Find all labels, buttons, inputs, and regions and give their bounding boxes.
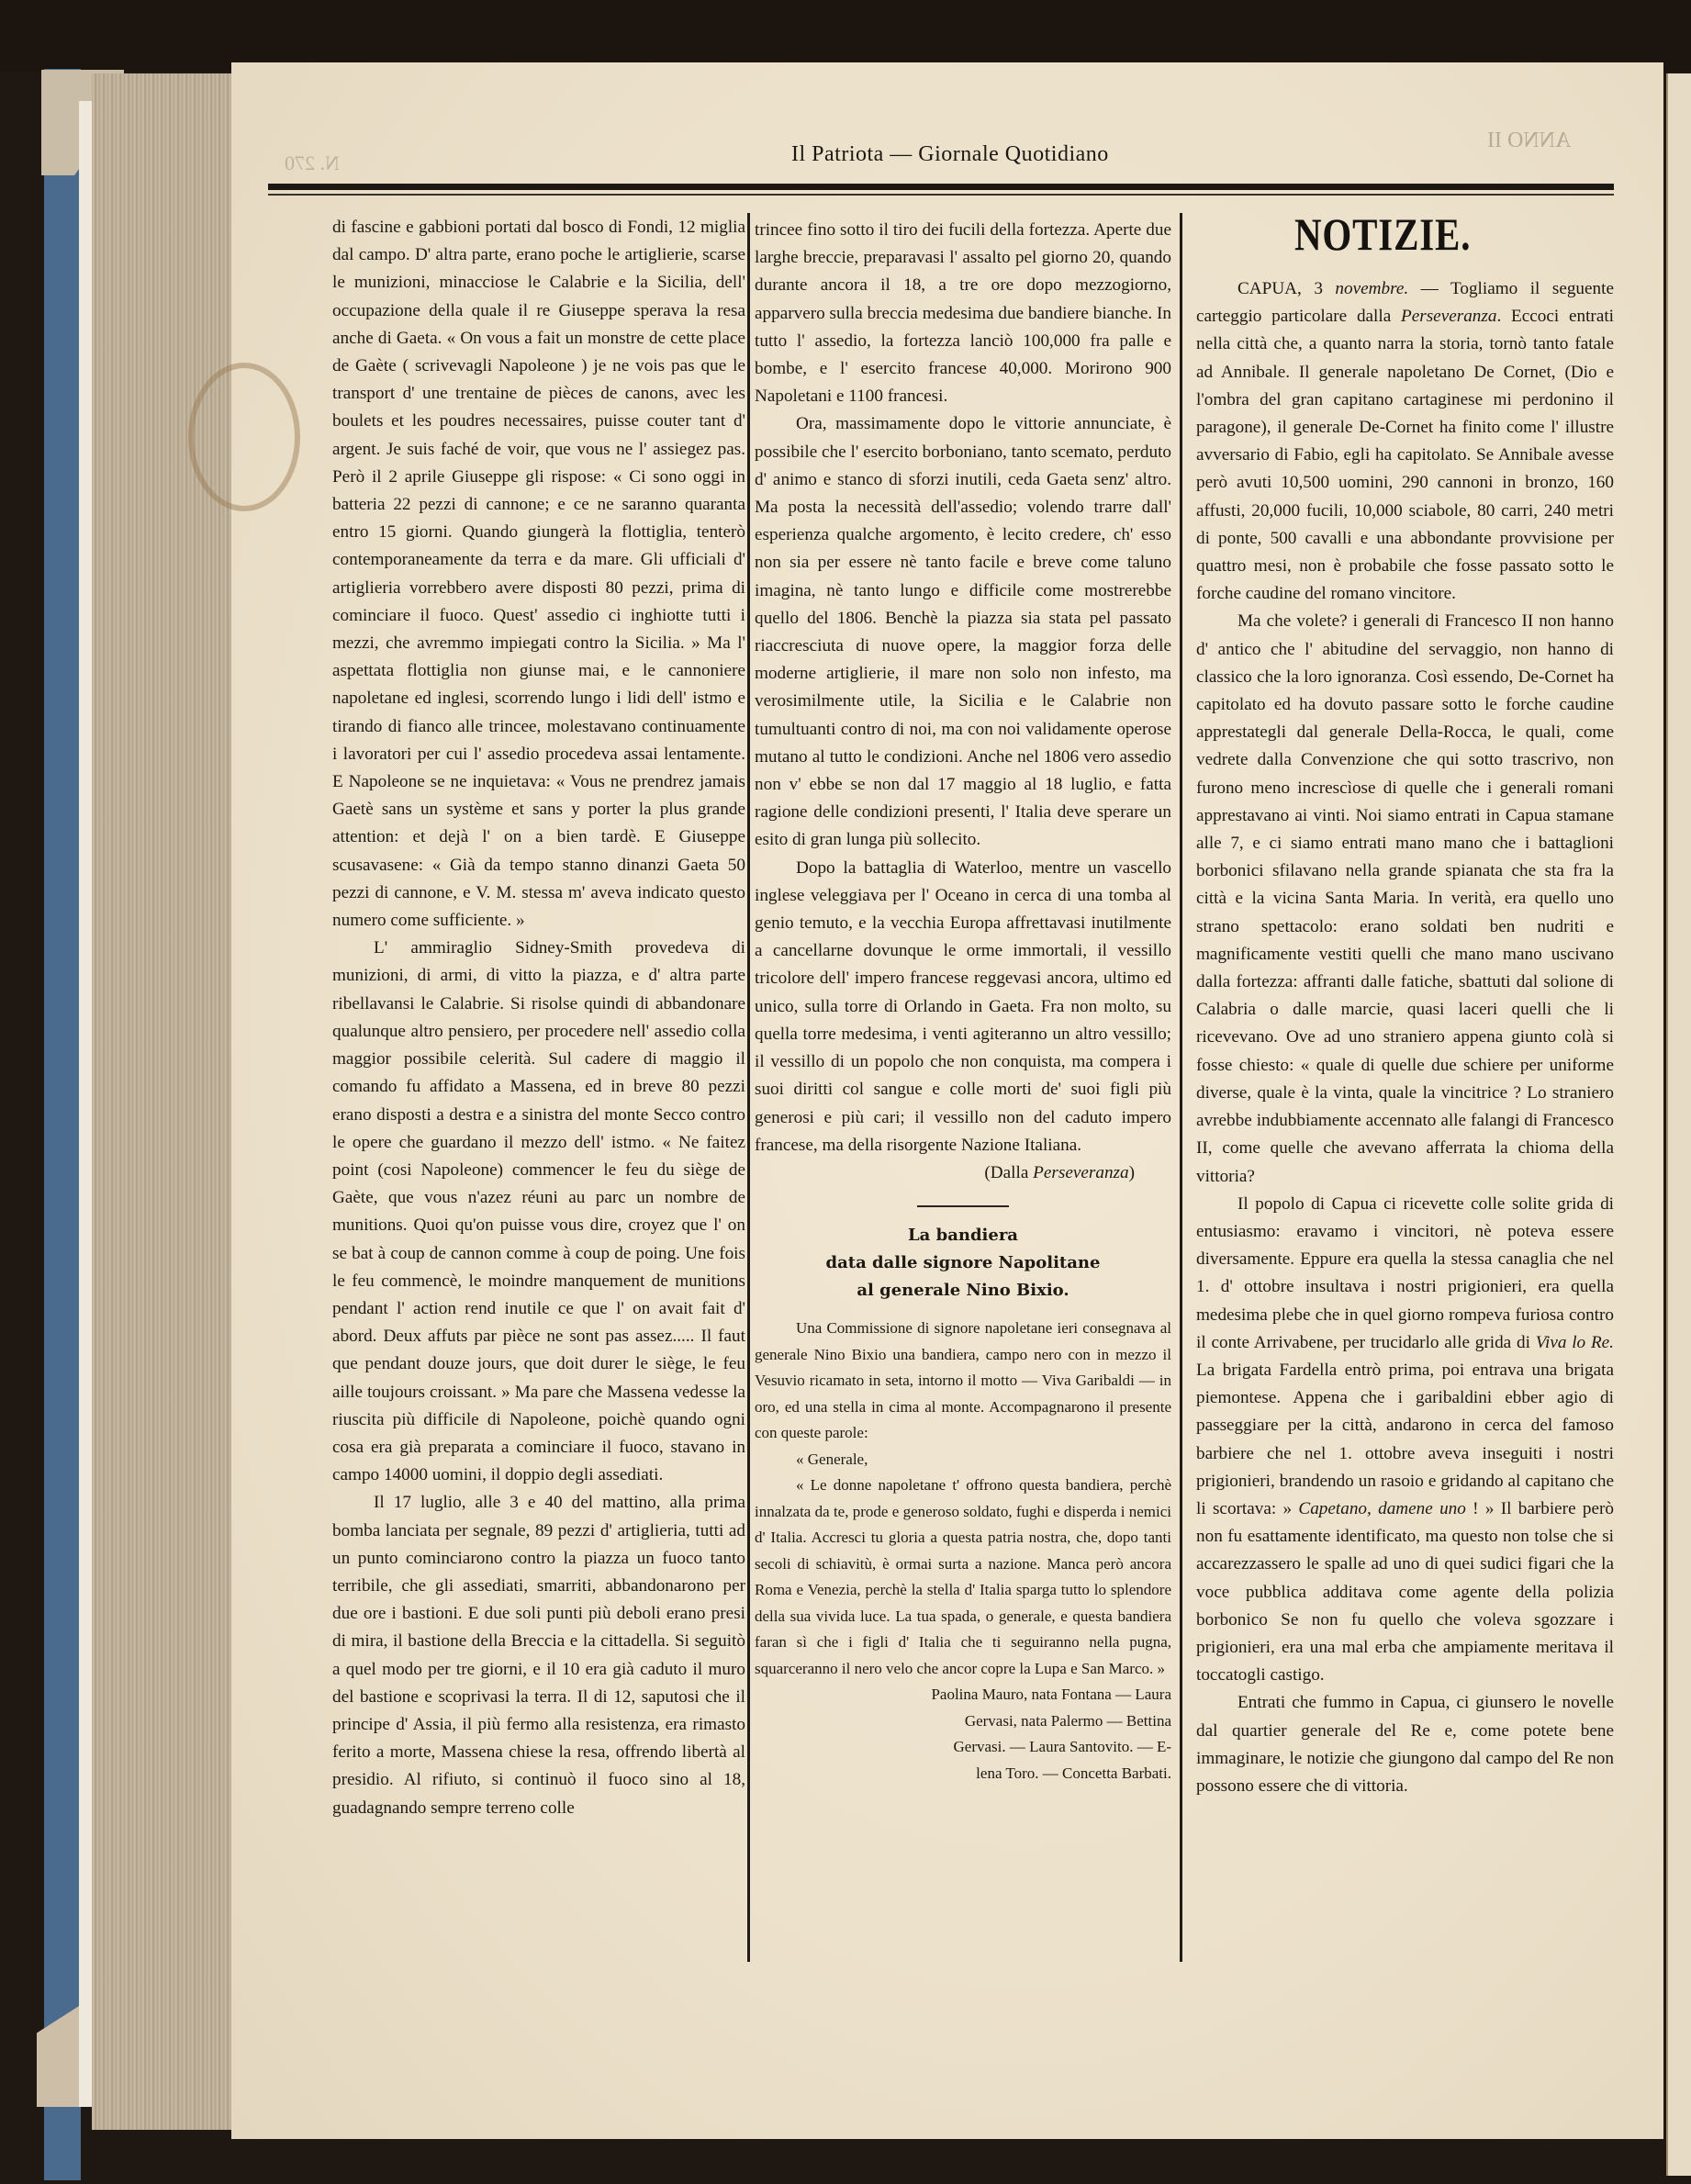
column-3: CAPUA, 3 novembre. — Togliamo il seguent… xyxy=(1196,275,1614,1800)
signatory-line: Gervasi. — Laura Santovito. — E- xyxy=(755,1734,1171,1761)
article-intro: Una Commissione di signore napoletane ie… xyxy=(755,1316,1171,1447)
section-title-line: data dalle signore Napolitane xyxy=(755,1249,1171,1277)
col3-paragraph: Ma che volete? i generali di Francesco I… xyxy=(1196,608,1614,1190)
scan-backdrop xyxy=(0,0,1691,72)
section-heading-notizie: NOTIZIE. xyxy=(1294,207,1471,261)
letter-body: « Le donne napoletane t' offrono questa … xyxy=(755,1473,1171,1682)
source-attribution: (Dalla Perseveranza) xyxy=(755,1159,1171,1187)
column-divider-1 xyxy=(747,213,750,1962)
running-head: Il Patriota — Giornale Quotidiano xyxy=(791,142,1109,167)
signatory-line: Gervasi, nata Palermo — Bettina xyxy=(755,1708,1171,1735)
column-2: trincee fino sotto il tiro dei fucili de… xyxy=(755,217,1171,1786)
section-title-line: La bandiera xyxy=(755,1222,1171,1249)
book-cover-edge xyxy=(44,69,81,2180)
col3-paragraph: Entrati che fummo in Capua, ci giunsero … xyxy=(1196,1689,1614,1800)
column-divider-2 xyxy=(1180,213,1182,1962)
column-1: di fascine e gabbioni portati dal bosco … xyxy=(332,214,745,1822)
header-rule-thin xyxy=(268,194,1614,196)
col1-paragraph: di fascine e gabbioni portati dal bosco … xyxy=(332,214,745,935)
col1-paragraph: Il 17 luglio, alle 3 e 40 del mattino, a… xyxy=(332,1489,745,1821)
library-stamp xyxy=(188,363,300,511)
section-separator xyxy=(917,1205,1009,1207)
bleed-through-year: ANNO II xyxy=(1487,129,1571,153)
section-title-line: al generale Nino Bixio. xyxy=(755,1277,1171,1305)
bleed-through-issue-number: N. 270 xyxy=(285,151,340,175)
col3-paragraph: CAPUA, 3 novembre. — Togliamo il seguent… xyxy=(1196,275,1614,608)
letter-salutation: « Generale, xyxy=(755,1447,1171,1473)
signatory-line: Paolina Mauro, nata Fontana — Laura xyxy=(755,1682,1171,1708)
col1-paragraph: L' ammiraglio Sidney-Smith provedeva di … xyxy=(332,935,745,1489)
col2-paragraph: Ora, massimamente dopo le vittorie annun… xyxy=(755,410,1171,854)
signatory-line: lena Toro. — Concetta Barbati. xyxy=(755,1761,1171,1787)
col2-paragraph: Dopo la battaglia di Waterloo, mentre un… xyxy=(755,855,1171,1159)
col3-paragraph: Il popolo di Capua ci ricevette colle so… xyxy=(1196,1191,1614,1690)
col2-paragraph: trincee fino sotto il tiro dei fucili de… xyxy=(755,217,1171,410)
header-rule xyxy=(268,184,1614,190)
facing-page-edge xyxy=(1666,73,1691,2176)
endpaper-strip xyxy=(79,101,92,2107)
